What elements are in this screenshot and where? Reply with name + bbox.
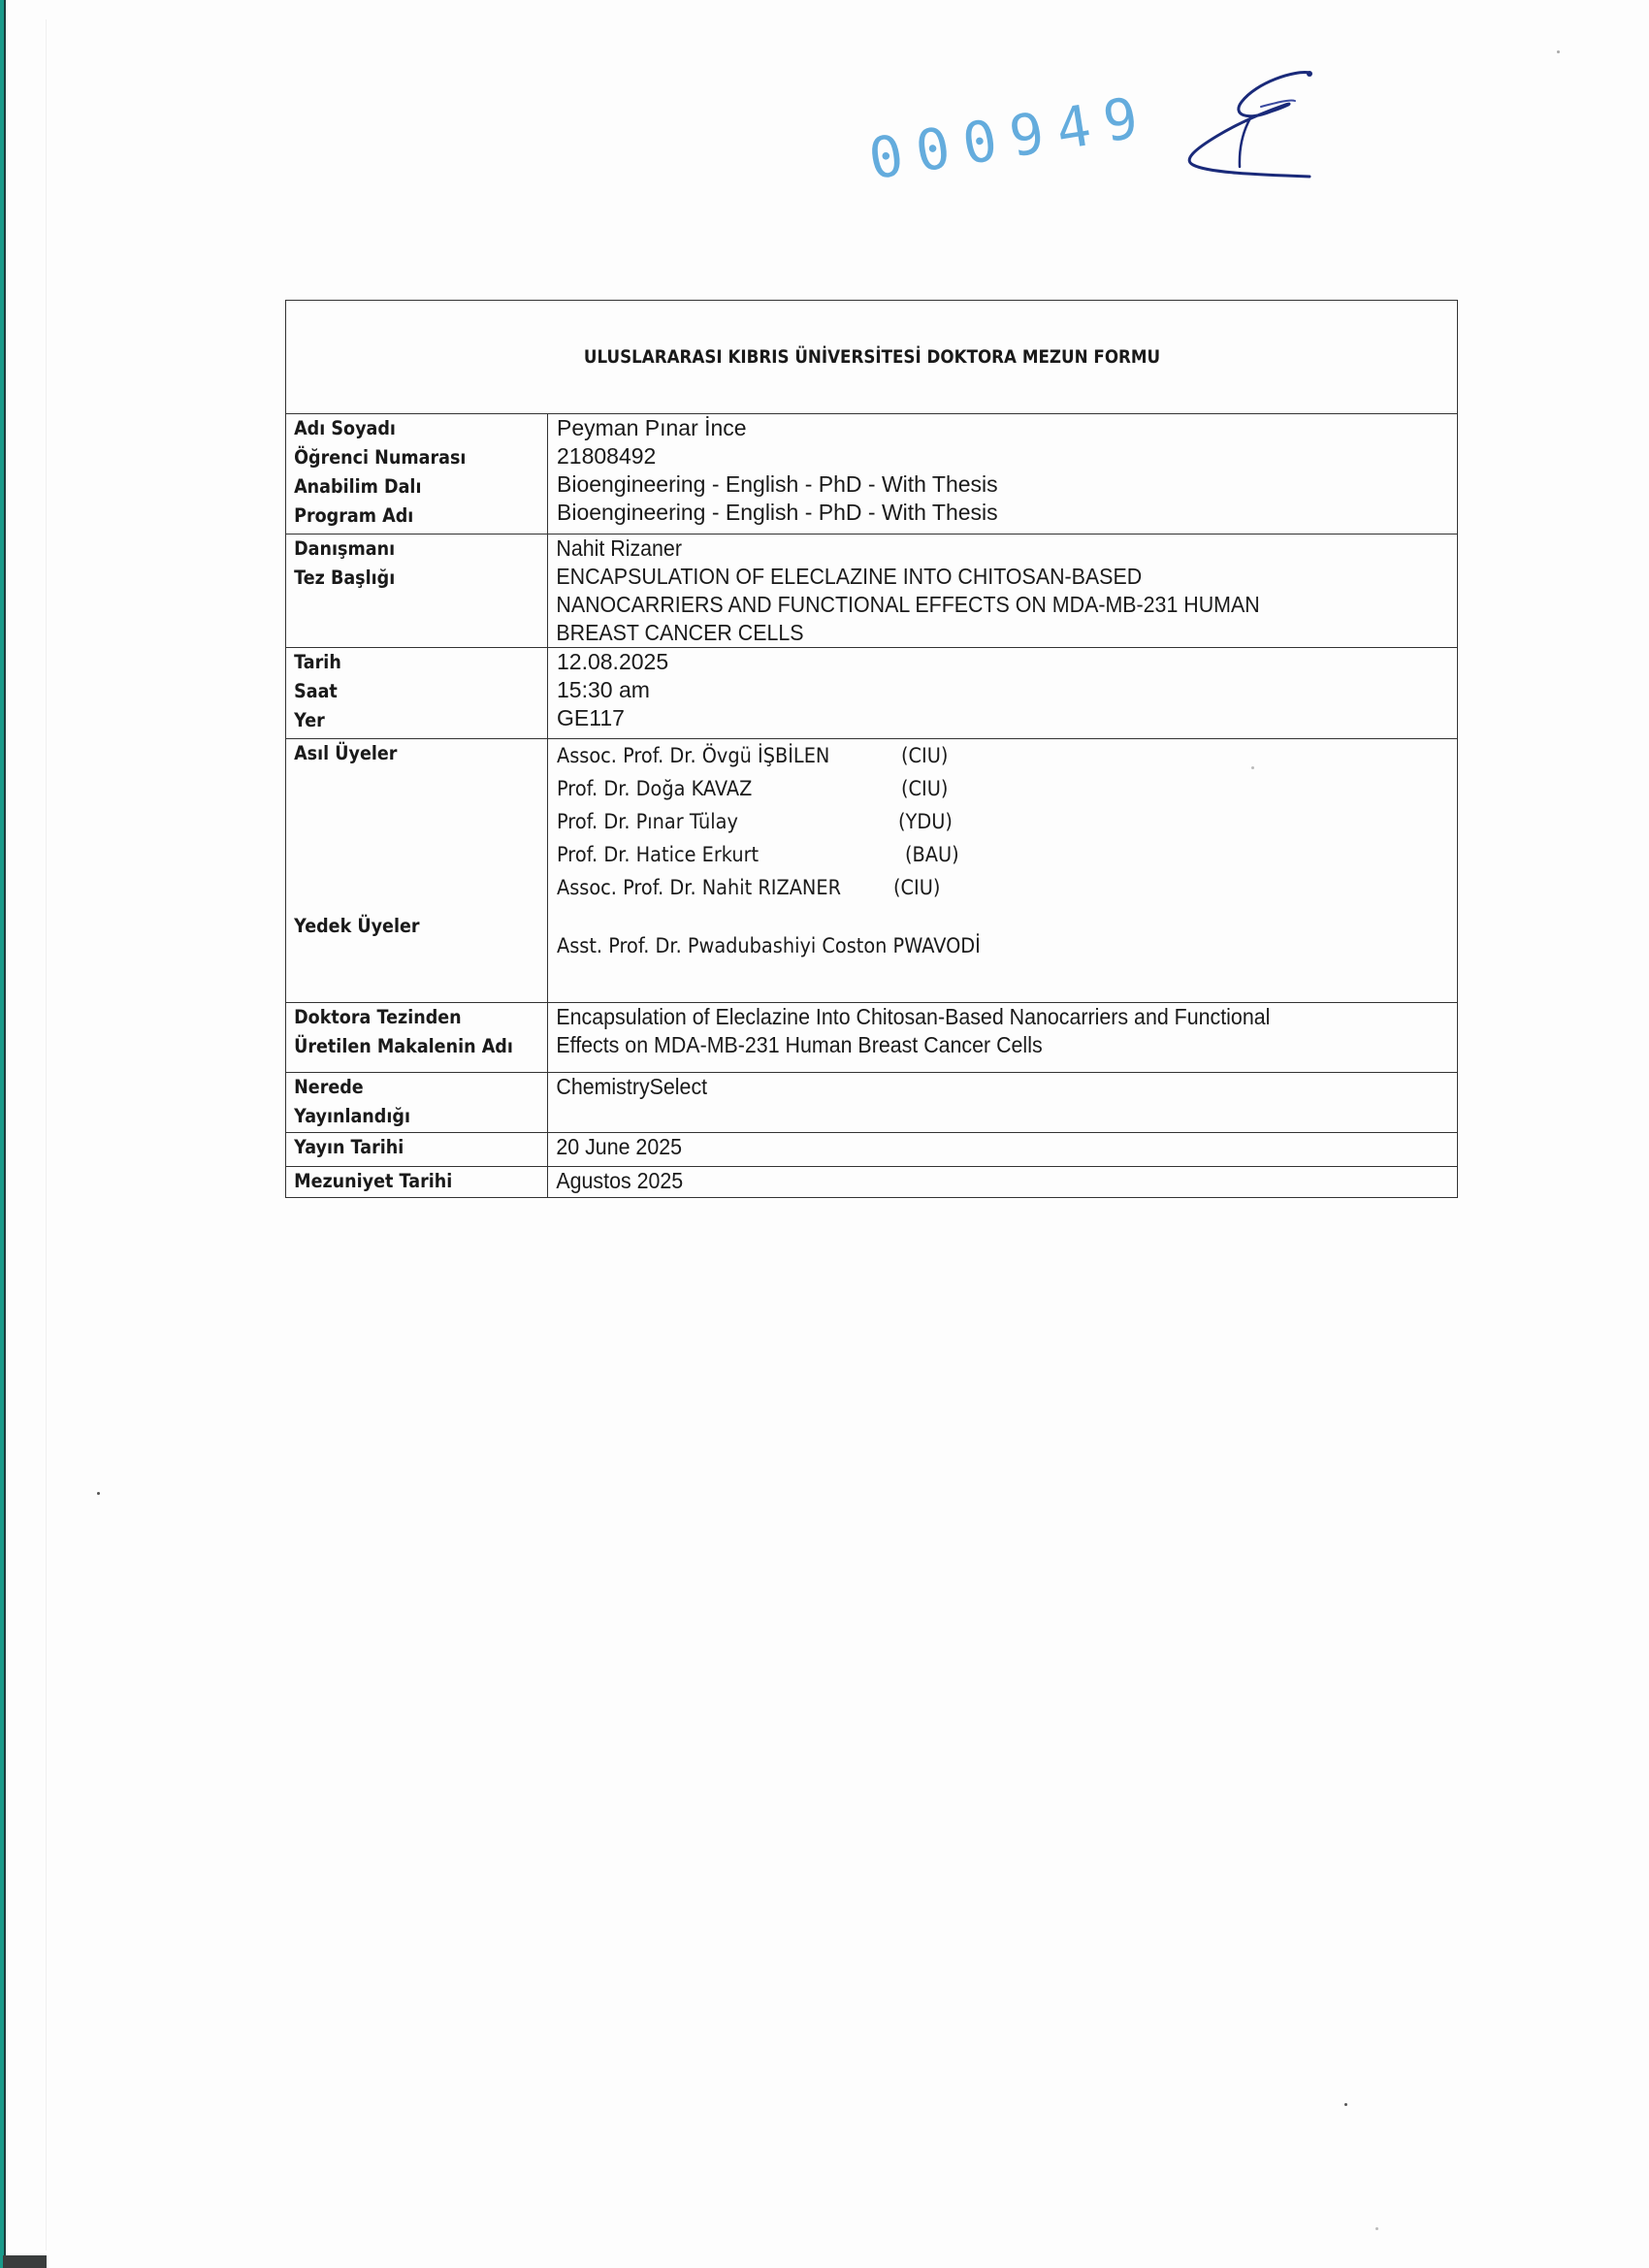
- signature-icon: [1149, 68, 1314, 194]
- table-row-committee: Asıl Üyeler Yedek Üyeler Assoc. Prof. Dr…: [286, 739, 1458, 1003]
- label-date: Tarih: [286, 648, 521, 677]
- label-program: Program Adı: [286, 502, 521, 531]
- table-row-article: Doktora Tezinden Üretilen Makalenin Adı …: [286, 1003, 1458, 1073]
- value-journal: ChemistrySelect: [548, 1073, 1393, 1101]
- label-article-1: Doktora Tezinden: [286, 1003, 521, 1032]
- value-name: Peyman Pınar İnce: [548, 414, 1457, 442]
- scan-corner-mark: [3, 2255, 47, 2268]
- scan-speck: [1344, 2103, 1347, 2106]
- scan-speck: [1375, 2227, 1378, 2230]
- committee-member: Assoc. Prof. Dr. Övgü İŞBİLEN (CIU): [548, 739, 1457, 772]
- value-advisor: Nahit Rizaner: [548, 535, 1393, 563]
- value-article-line1: Encapsulation of Eleclazine Into Chitosa…: [548, 1003, 1393, 1031]
- table-row-defense: Tarih Saat Yer 12.08.2025 15:30 am GE117: [286, 648, 1458, 739]
- table-row-advisor: Danışmanı Tez Başlığı Nahit Rizaner ENCA…: [286, 535, 1458, 648]
- label-publication-date: Yayın Tarihi: [286, 1133, 521, 1162]
- scan-speck: [1557, 50, 1560, 53]
- table-row-journal: Nerede Yayınlandığı ChemistrySelect: [286, 1073, 1458, 1133]
- committee-member: Prof. Dr. Pınar Tülay (YDU): [548, 805, 1457, 838]
- label-time: Saat: [286, 677, 521, 706]
- form-title: ULUSLARARASI KIBRIS ÜNİVERSİTESİ DOKTORA…: [356, 301, 1387, 414]
- label-journal-2: Yayınlandığı: [286, 1102, 521, 1131]
- value-department: Bioengineering - English - PhD - With Th…: [548, 470, 1457, 499]
- label-substitute-members: Yedek Üyeler: [286, 912, 521, 941]
- value-program: Bioengineering - English - PhD - With Th…: [548, 499, 1457, 527]
- substitute-member: Asst. Prof. Dr. Pwadubashiyi Coston PWAV…: [548, 929, 1457, 962]
- label-advisor: Danışmanı: [286, 535, 521, 564]
- value-thesis-title-line3: BREAST CANCER CELLS: [548, 619, 1393, 647]
- value-publication-date: 20 June 2025: [548, 1133, 1393, 1161]
- label-department: Anabilim Dalı: [286, 472, 521, 502]
- scan-speck: [97, 1492, 100, 1495]
- value-place: GE117: [548, 704, 1457, 732]
- label-article-2: Üretilen Makalenin Adı: [286, 1032, 521, 1061]
- value-graduation-date: Agustos 2025: [548, 1167, 1393, 1195]
- value-time: 15:30 am: [548, 676, 1457, 704]
- committee-member: Assoc. Prof. Dr. Nahit RIZANER (CIU): [548, 871, 1457, 904]
- value-date: 12.08.2025: [548, 648, 1457, 676]
- value-thesis-title-line2: NANOCARRIERS AND FUNCTIONAL EFFECTS ON M…: [548, 591, 1393, 619]
- value-article-line2: Effects on MDA-MB-231 Human Breast Cance…: [548, 1031, 1393, 1059]
- label-main-members: Asıl Üyeler: [286, 739, 521, 768]
- scan-artifact-line: [46, 19, 47, 2251]
- scan-edge-shadow: [4, 0, 6, 2268]
- table-row-student: Adı Soyadı Öğrenci Numarası Anabilim Dal…: [286, 414, 1458, 535]
- table-row-publication-date: Yayın Tarihi 20 June 2025: [286, 1133, 1458, 1167]
- label-thesis-title: Tez Başlığı: [286, 564, 521, 593]
- graduation-form-table: ULUSLARARASI KIBRIS ÜNİVERSİTESİ DOKTORA…: [285, 300, 1458, 1198]
- value-thesis-title-line1: ENCAPSULATION OF ELECLAZINE INTO CHITOSA…: [548, 563, 1393, 591]
- label-student-number: Öğrenci Numarası: [286, 443, 521, 472]
- value-student-number: 21808492: [548, 442, 1457, 470]
- committee-member: Prof. Dr. Hatice Erkurt (BAU): [548, 838, 1457, 871]
- label-place: Yer: [286, 706, 521, 735]
- label-name: Adı Soyadı: [286, 414, 521, 443]
- document-number-stamp: 000949: [864, 79, 1184, 213]
- committee-member: Prof. Dr. Doğa KAVAZ (CIU): [548, 772, 1457, 805]
- label-journal-1: Nerede: [286, 1073, 521, 1102]
- label-graduation-date: Mezuniyet Tarihi: [286, 1167, 521, 1196]
- table-row-graduation-date: Mezuniyet Tarihi Agustos 2025: [286, 1167, 1458, 1198]
